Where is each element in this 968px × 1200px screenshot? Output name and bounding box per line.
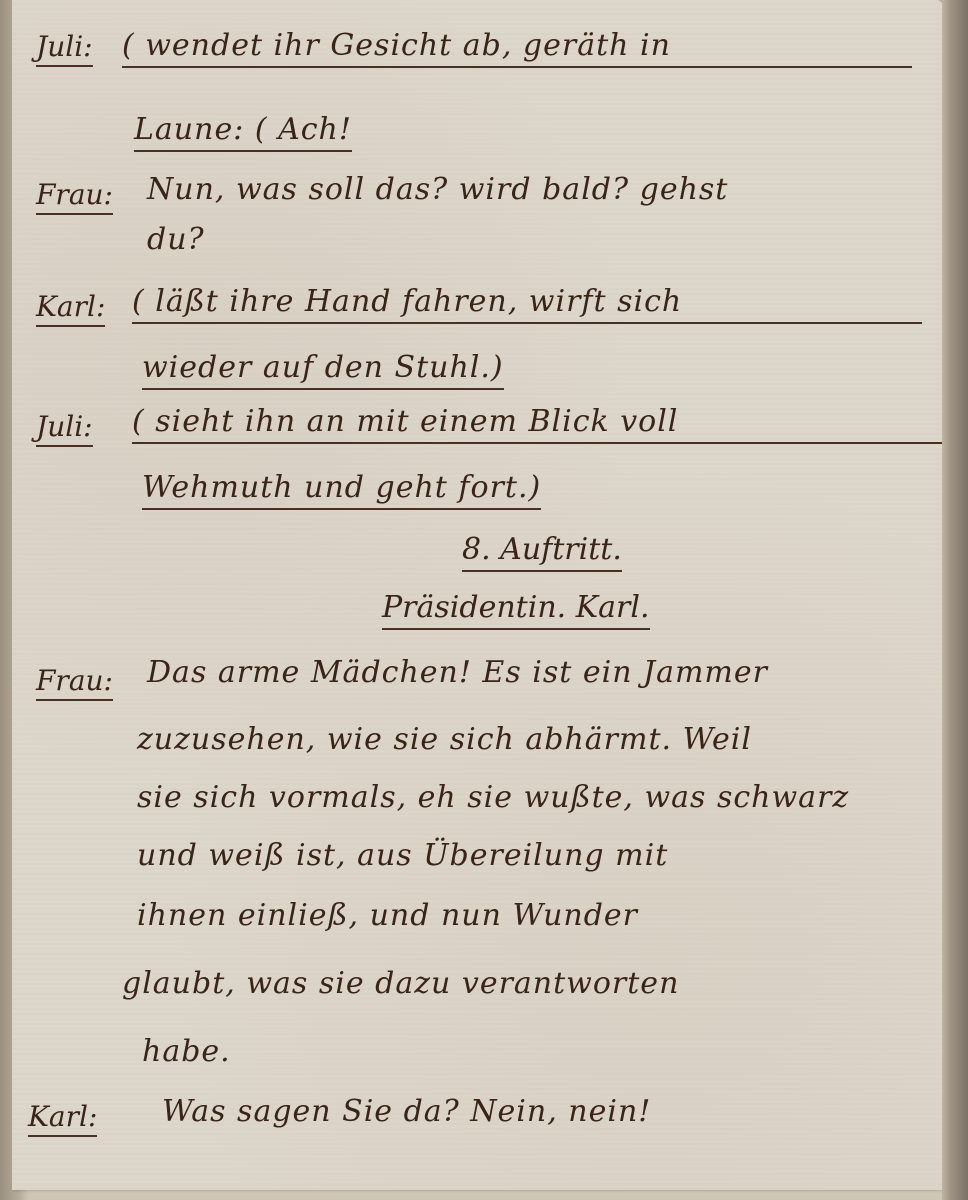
text-line: Das arme Mädchen! Es ist ein Jammer	[147, 655, 768, 690]
text-line: Wehmuth und geht fort.)	[142, 470, 541, 510]
text-line: du?	[147, 222, 205, 257]
speaker-label: Karl:	[28, 1100, 97, 1137]
text-line: Laune: ( Ach!	[134, 112, 352, 152]
text-line: Was sagen Sie da? Nein, nein!	[162, 1094, 651, 1129]
speaker-label: Karl:	[36, 290, 105, 327]
text-line: ( läßt ihre Hand fahren, wirft sich	[132, 284, 922, 324]
scene-characters: Präsidentin. Karl.	[382, 590, 650, 630]
text-line: Nun, was soll das? wird bald? gehst	[147, 172, 728, 207]
text-line: ( sieht ihn an mit einem Blick voll	[132, 404, 952, 444]
text-line: glaubt, was sie dazu verantworten	[122, 966, 679, 1001]
text-line: und weiß ist, aus Übereilung mit	[137, 838, 668, 873]
book-edge	[942, 0, 968, 1200]
text-line: sie sich vormals, eh sie wußte, was schw…	[137, 780, 849, 815]
speaker-label: Frau:	[36, 664, 113, 701]
text-line: zuzusehen, wie sie sich abhärmt. Weil	[137, 722, 752, 757]
text-line: ihnen einließ, und nun Wunder	[137, 898, 638, 933]
text-line: habe.	[142, 1034, 231, 1069]
manuscript-page: Juli: ( wendet ihr Gesicht ab, geräth in…	[12, 0, 944, 1190]
speaker-label: Frau:	[36, 178, 113, 215]
speaker-label: Juli:	[36, 30, 93, 67]
text-line: wieder auf den Stuhl.)	[142, 350, 504, 390]
speaker-label: Juli:	[36, 410, 93, 447]
scene-heading: 8. Auftritt.	[462, 532, 622, 572]
text-line: ( wendet ihr Gesicht ab, geräth in	[122, 28, 912, 68]
